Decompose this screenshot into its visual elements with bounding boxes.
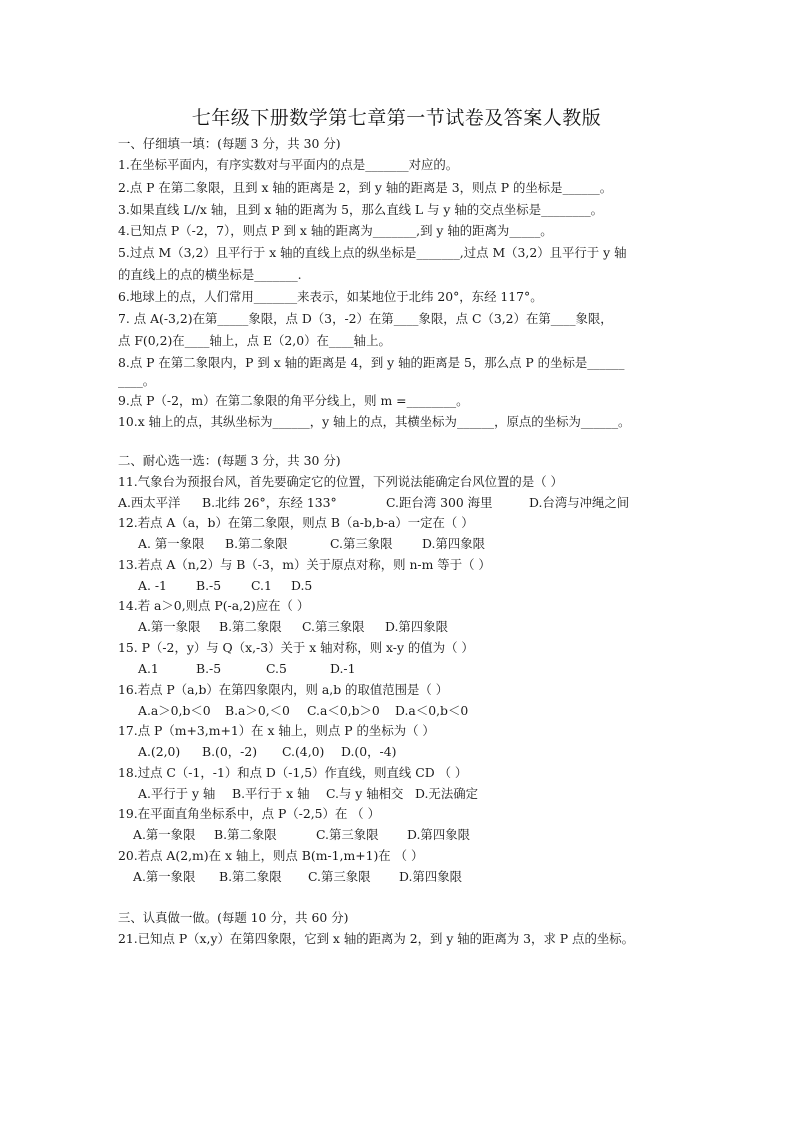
option-c: C.5 [266,661,287,677]
section-heading: 一、仔细填一填：(每题 3 分，共 30 分) [118,136,341,152]
question-stem: 20.若点 A(2,m)在 x 轴上，则点 B(m-1,m+1)在 （ ） [118,848,423,864]
question-line: 的直线上的点的横坐标是_______. [118,267,302,283]
question-line: 3.如果直线 L//x 轴，且到 x 轴的距离为 5，那么直线 L 与 y 轴的… [118,202,603,218]
option-a: A.1 [138,661,159,677]
option-a: A.(2,0) [138,744,180,760]
option-b: B.第二象限 [219,869,282,885]
option-d: D.第四象限 [385,619,448,635]
question-line: 10.x 轴上的点，其纵坐标为______，y 轴上的点，其横坐标为______… [118,414,630,430]
question-stem: 12.若点 A（a，b）在第二象限，则点 B（a-b,b-a）一定在（ ） [118,515,474,531]
question-line: 4.已知点 P（-2，7），则点 P 到 x 轴的距离为_______,到 y … [118,223,553,239]
option-c: C.距台湾 300 海里 [386,495,492,511]
question-stem: 16.若点 P（a,b）在第四象限内，则 a,b 的取值范围是（ ） [118,682,448,698]
option-d: D.(0，-4) [341,744,396,760]
option-d: D.5 [291,578,312,594]
option-a: A.第一象限 [133,869,195,885]
question-stem: 14.若 a＞0,则点 P(-a,2)应在（ ） [118,598,309,614]
option-b: B.第二象限 [225,536,288,552]
question-line: 5.过点 M（3,2）且平行于 x 轴的直线上点的纵坐标是_______,过点 … [118,245,626,261]
option-d: D.a＜0,b＜0 [395,703,468,719]
option-a: A.第一象限 [133,827,195,843]
section-heading: 三、认真做一做。(每题 10 分，共 60 分) [118,910,348,926]
option-b: B.第二象限 [219,619,282,635]
option-c: C.第三象限 [302,619,365,635]
option-d: D.第四象限 [422,536,485,552]
option-a: A.a＞0,b＜0 [138,703,211,719]
section-heading: 二、耐心选一选：(每题 3 分，共 30 分) [118,453,341,469]
option-d: D.第四象限 [399,869,462,885]
page-title: 七年级下册数学第七章第一节试卷及答案人教版 [0,103,793,130]
option-b: B.北纬 26°，东经 133° [202,495,337,511]
option-c: C.第三象限 [330,536,393,552]
option-c: C.第三象限 [316,827,379,843]
option-b: B.-5 [196,578,221,594]
option-c: C.(4,0) [282,744,324,760]
option-c: C.1 [251,578,272,594]
option-d: D.第四象限 [407,827,470,843]
option-a: A. 第一象限 [138,536,204,552]
question-line: 21.已知点 P（x,y）在第四象限，它到 x 轴的距离为 2，到 y 轴的距离… [118,931,634,947]
question-line: ____。 [118,373,155,389]
question-line: 9.点 P（-2，m）在第二象限的角平分线上，则 m =________。 [118,393,469,409]
question-line: 2.点 P 在第二象限，且到 x 轴的距离是 2，到 y 轴的距离是 3，则点 … [118,180,612,196]
document-page: 七年级下册数学第七章第一节试卷及答案人教版 一、仔细填一填：(每题 3 分，共 … [0,0,793,1122]
option-b: B.第二象限 [214,827,277,843]
option-b: B.(0，-2) [202,744,257,760]
question-stem: 18.过点 C（-1，-1）和点 D（-1,5）作直线，则直线 CD （ ） [118,765,467,781]
option-a: A.西太平洋 [118,495,180,511]
question-stem: 13.若点 A（n,2）与 B（-3，m）关于原点对称，则 n-m 等于（ ） [118,557,491,573]
option-c: C.第三象限 [308,869,371,885]
question-line: 8.点 P 在第二象限内，P 到 x 轴的距离是 4，到 y 轴的距离是 5，那… [118,355,624,371]
question-stem: 15. P（-2，y）与 Q（x,-3）关于 x 轴对称，则 x-y 的值为（ … [118,640,474,656]
option-d: D.台湾与冲绳之间 [529,495,629,511]
question-stem: 19.在平面直角坐标系中，点 P（-2,5）在 （ ） [118,806,380,822]
question-line: 1.在坐标平面内，有序实数对与平面内的点是_______对应的。 [118,157,458,173]
option-b: B.a＞0,＜0 [225,703,290,719]
option-c: C.与 y 轴相交 [326,786,403,802]
question-stem: 17.点 P（m+3,m+1）在 x 轴上，则点 P 的坐标为（ ） [118,723,435,739]
option-a: A. -1 [138,578,167,594]
option-a: A.平行于 y 轴 [138,786,215,802]
option-c: C.a＜0,b＞0 [307,703,380,719]
option-d: D.-1 [330,661,356,677]
question-line: 6.地球上的点，人们常用_______来表示，如某地位于北纬 20°，东经 11… [118,289,543,305]
question-line: 7. 点 A(-3,2)在第_____象限，点 D（3，-2）在第____象限，… [118,311,613,327]
option-b: B.-5 [196,661,221,677]
question-line: 点 F(0,2)在____轴上，点 E（2,0）在____轴上。 [118,333,391,349]
question-stem: 11.气象台为预报台风，首先要确定它的位置，下列说法能确定台风位置的是（ ） [118,474,563,490]
option-d: D.无法确定 [415,786,478,802]
option-a: A.第一象限 [138,619,200,635]
option-b: B.平行于 x 轴 [232,786,309,802]
